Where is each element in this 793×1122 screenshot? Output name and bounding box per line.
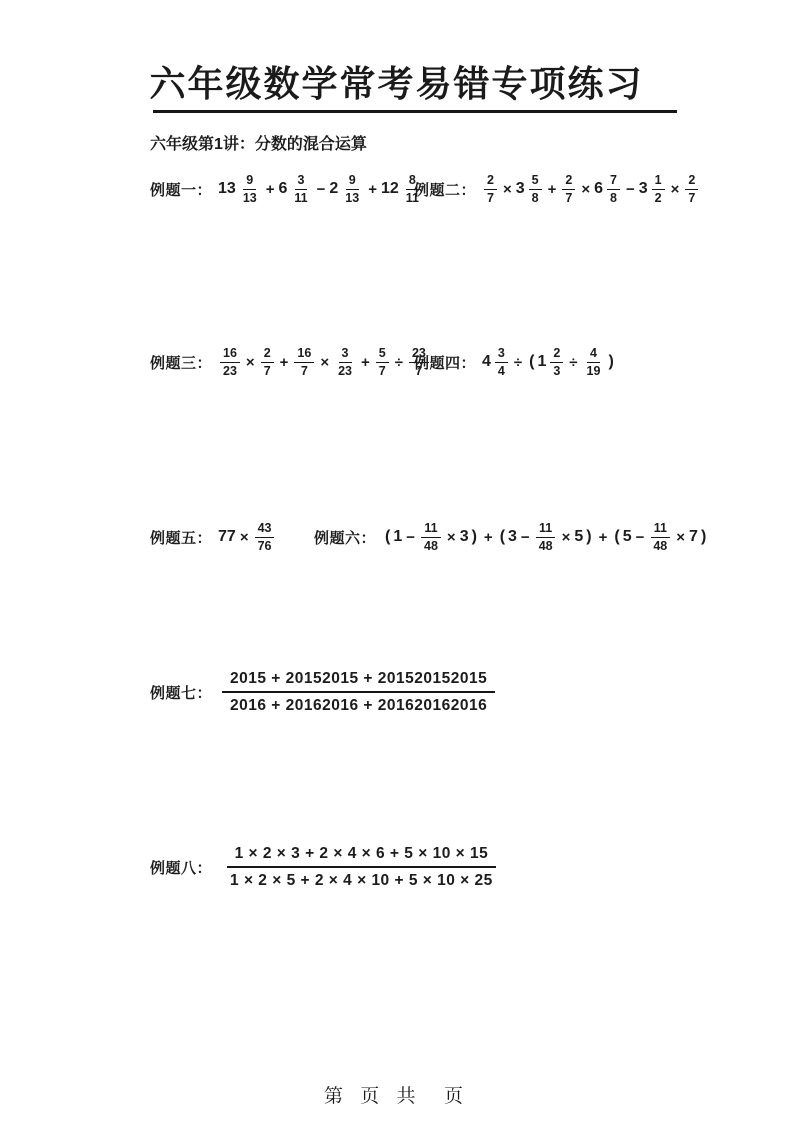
numerator: 3 xyxy=(295,174,308,190)
numerator: 4 xyxy=(587,347,600,363)
number: 5 xyxy=(623,528,632,546)
denominator: 76 xyxy=(255,538,275,553)
denominator: 48 xyxy=(536,538,556,553)
operator: × xyxy=(562,529,571,546)
operator: + xyxy=(280,354,289,371)
number: 5 xyxy=(574,528,583,546)
whole-number: 1 xyxy=(537,353,546,371)
denominator: 4 xyxy=(495,363,508,378)
operator: × xyxy=(503,181,512,198)
operator: − xyxy=(626,181,635,198)
fraction: 913 xyxy=(240,174,260,204)
whole-number: 6 xyxy=(594,180,603,198)
problem-5-expression: 77×4376 xyxy=(218,522,276,552)
problem-7: 例题七： 2015 + 20152015 + 2015201520152016 … xyxy=(150,664,495,720)
operator: + xyxy=(266,181,275,198)
operator: + xyxy=(368,181,377,198)
problem-2-expression: 27×358+27×678−312×27 xyxy=(482,174,700,204)
numerator: 1 xyxy=(652,174,665,190)
denominator: 11 xyxy=(291,190,310,205)
problem-8-expression: 1 × 2 × 3 + 2 × 4 × 6 + 5 × 10 × 151 × 2… xyxy=(218,846,501,889)
fraction: 1148 xyxy=(536,522,556,552)
operator: ÷ xyxy=(395,354,403,371)
operator: × xyxy=(447,529,456,546)
problem-3-expression: 1623×27+167×323+57÷237 xyxy=(218,347,431,377)
numerator: 9 xyxy=(243,174,256,190)
denominator: 7 xyxy=(484,190,497,205)
operator: + xyxy=(599,529,608,546)
denominator: 23 xyxy=(335,363,355,378)
numerator: 3 xyxy=(339,347,352,363)
problem-8: 例题八： 1 × 2 × 3 + 2 × 4 × 6 + 5 × 10 × 15… xyxy=(150,839,501,895)
fraction: 167 xyxy=(294,347,314,377)
whole-number: 2 xyxy=(329,180,338,198)
denominator: 7 xyxy=(298,363,311,378)
problem-1: 例题一： 13913+6311−2913+12811 xyxy=(150,166,424,212)
denominator: 13 xyxy=(342,190,362,205)
numerator: 16 xyxy=(220,347,240,363)
fraction: 1623 xyxy=(220,347,240,377)
fraction: 27 xyxy=(484,174,497,204)
fraction: 1148 xyxy=(421,522,441,552)
fraction: 311 xyxy=(291,174,310,204)
denominator: 7 xyxy=(562,190,575,205)
fraction: 12 xyxy=(652,174,665,204)
problem-4-expression: 434÷(123÷419) xyxy=(482,347,617,377)
whole-number: 13 xyxy=(218,180,236,198)
whole-number: 3 xyxy=(516,180,525,198)
denominator: 3 xyxy=(550,363,563,378)
whole-number: 6 xyxy=(278,180,287,198)
fraction: 58 xyxy=(529,174,542,204)
problem-8-label: 例题八： xyxy=(150,857,212,878)
mixed-number: 2913 xyxy=(329,174,364,204)
fraction: 23 xyxy=(550,347,563,377)
page-title: 六年级数学常考易错专项练习 xyxy=(0,66,793,102)
operator: × xyxy=(246,354,255,371)
denominator: 8 xyxy=(529,190,542,205)
big-fraction: 2015 + 20152015 + 2015201520152016 + 201… xyxy=(222,671,495,714)
denominator: 7 xyxy=(261,363,274,378)
problem-4-label: 例题四： xyxy=(414,352,476,373)
operator: × xyxy=(320,354,329,371)
numerator: 16 xyxy=(294,347,314,363)
parenthesis: ) xyxy=(608,353,613,371)
whole-number: 12 xyxy=(381,180,399,198)
parenthesis: ) xyxy=(701,528,706,546)
numerator: 2 xyxy=(685,174,698,190)
mixed-number: 13913 xyxy=(218,174,262,204)
lesson-subtitle: 六年级第1讲：分数的混合运算 xyxy=(150,131,367,154)
fraction: 57 xyxy=(376,347,389,377)
operator: × xyxy=(676,529,685,546)
operator: − xyxy=(406,529,415,546)
operator: − xyxy=(521,529,530,546)
problem-2-label: 例题二： xyxy=(414,179,476,200)
numerator: 1 × 2 × 3 + 2 × 4 × 6 + 5 × 10 × 15 xyxy=(227,846,497,869)
parenthesis: ( xyxy=(385,528,390,546)
fraction: 4376 xyxy=(255,522,275,552)
problem-5: 例题五： 77×4376 xyxy=(150,514,276,560)
operator: ÷ xyxy=(569,354,577,371)
page-footer: 第 页 共 页 xyxy=(0,1081,793,1108)
operator: + xyxy=(548,181,557,198)
operator: − xyxy=(636,529,645,546)
numerator: 11 xyxy=(651,522,670,538)
problem-5-label: 例题五： xyxy=(150,527,212,548)
operator: + xyxy=(361,354,370,371)
parenthesis: ) xyxy=(472,528,477,546)
denominator: 7 xyxy=(685,190,698,205)
problem-1-label: 例题一： xyxy=(150,179,212,200)
number: 3 xyxy=(508,528,517,546)
denominator: 8 xyxy=(607,190,620,205)
fraction: 27 xyxy=(261,347,274,377)
numerator: 2 xyxy=(550,347,563,363)
mixed-number: 678 xyxy=(594,174,622,204)
parenthesis: ) xyxy=(586,528,591,546)
big-fraction: 1 × 2 × 3 + 2 × 4 × 6 + 5 × 10 × 151 × 2… xyxy=(222,846,501,889)
mixed-number: 312 xyxy=(639,174,667,204)
numerator: 2 xyxy=(562,174,575,190)
operator: × xyxy=(671,181,680,198)
numerator: 11 xyxy=(421,522,440,538)
parenthesis: ( xyxy=(500,528,505,546)
fraction: 323 xyxy=(335,347,355,377)
problem-6: 例题六： (1−1148×3)+(3−1148×5)+(5−1148×7) xyxy=(314,514,709,560)
denominator: 2016 + 20162016 + 201620162016 xyxy=(222,693,495,714)
parenthesis: ( xyxy=(614,528,619,546)
numerator: 11 xyxy=(536,522,555,538)
operator: − xyxy=(317,181,326,198)
worksheet-page: 六年级数学常考易错专项练习 六年级第1讲：分数的混合运算 例题一： 13913+… xyxy=(0,0,793,1122)
operator: × xyxy=(240,529,249,546)
problem-6-label: 例题六： xyxy=(314,527,376,548)
problem-6-expression: (1−1148×3)+(3−1148×5)+(5−1148×7) xyxy=(382,522,709,552)
whole-number: 4 xyxy=(482,353,491,371)
title-divider xyxy=(153,110,677,113)
numerator: 2015 + 20152015 + 201520152015 xyxy=(222,671,495,694)
numerator: 7 xyxy=(607,174,620,190)
problem-4: 例题四： 434÷(123÷419) xyxy=(414,339,617,385)
fraction: 27 xyxy=(685,174,698,204)
numerator: 3 xyxy=(495,347,508,363)
denominator: 23 xyxy=(220,363,240,378)
fraction: 78 xyxy=(607,174,620,204)
whole-number: 3 xyxy=(639,180,648,198)
fraction: 1148 xyxy=(650,522,670,552)
numerator: 43 xyxy=(255,522,275,538)
mixed-number: 358 xyxy=(516,174,544,204)
numerator: 2 xyxy=(484,174,497,190)
number: 7 xyxy=(689,528,698,546)
operator: + xyxy=(484,529,493,546)
denominator: 2 xyxy=(652,190,665,205)
number: 3 xyxy=(460,528,469,546)
fraction: 34 xyxy=(495,347,508,377)
denominator: 1 × 2 × 5 + 2 × 4 × 10 + 5 × 10 × 25 xyxy=(222,868,501,889)
operator: ÷ xyxy=(514,354,522,371)
parenthesis: ( xyxy=(529,353,534,371)
problem-3: 例题三： 1623×27+167×323+57÷237 xyxy=(150,339,431,385)
numerator: 2 xyxy=(261,347,274,363)
problem-7-expression: 2015 + 20152015 + 2015201520152016 + 201… xyxy=(218,671,495,714)
denominator: 48 xyxy=(421,538,441,553)
mixed-number: 434 xyxy=(482,347,510,377)
number: 1 xyxy=(393,528,402,546)
numerator: 5 xyxy=(376,347,389,363)
numerator: 9 xyxy=(346,174,359,190)
denominator: 13 xyxy=(240,190,260,205)
denominator: 48 xyxy=(650,538,670,553)
number: 77 xyxy=(218,528,236,546)
numerator: 5 xyxy=(529,174,542,190)
mixed-number: 6311 xyxy=(278,174,312,204)
fraction: 913 xyxy=(342,174,362,204)
denominator: 19 xyxy=(584,363,604,378)
problem-1-expression: 13913+6311−2913+12811 xyxy=(218,174,424,204)
fraction: 27 xyxy=(562,174,575,204)
problem-2: 例题二： 27×358+27×678−312×27 xyxy=(414,166,700,212)
problem-3-label: 例题三： xyxy=(150,352,212,373)
denominator: 7 xyxy=(376,363,389,378)
mixed-number: 123 xyxy=(537,347,565,377)
fraction: 419 xyxy=(584,347,604,377)
problem-7-label: 例题七： xyxy=(150,682,212,703)
operator: × xyxy=(581,181,590,198)
